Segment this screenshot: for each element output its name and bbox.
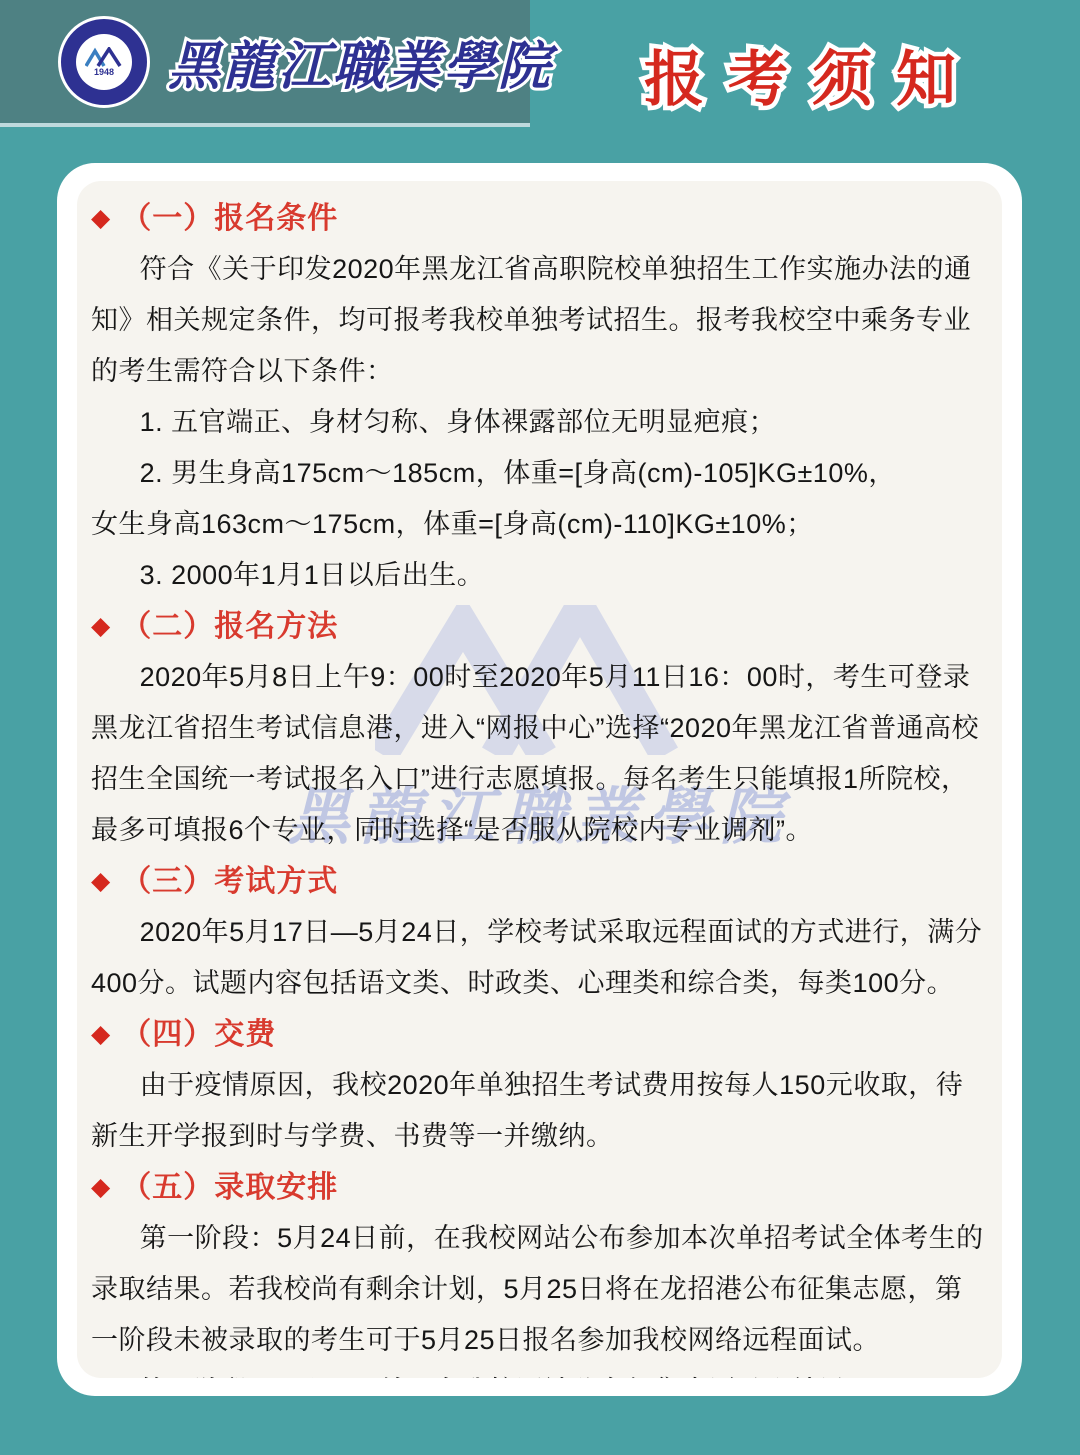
paragraph: 女生身高163cm～175cm，体重=[身高(cm)-110]KG±10%； bbox=[91, 499, 988, 550]
paragraph: 第一阶段：5月24日前，在我校网站公布参加本次单招考试全体考生的录取结果。若我校… bbox=[91, 1213, 988, 1366]
logo-year: 1948 bbox=[94, 68, 114, 77]
paragraph: 由于疫情原因，我校2020年单独招生考试费用按每人150元收取，待新生开学报到时… bbox=[91, 1060, 988, 1162]
section-title-label: （一）报名条件 bbox=[121, 193, 338, 244]
school-logo: 1948 bbox=[58, 16, 150, 108]
diamond-icon: ◆ bbox=[91, 193, 111, 244]
diamond-icon: ◆ bbox=[91, 601, 111, 652]
notice-card: 黑龍江職業學院 ◆ （一）报名条件 符合《关于印发2020年黑龙江省高职院校单独… bbox=[57, 163, 1022, 1396]
page-title: 报考须知 bbox=[644, 32, 980, 118]
section-heading-5: ◆ （五）录取安排 bbox=[91, 1162, 988, 1213]
section-heading-1: ◆ （一）报名条件 bbox=[91, 193, 988, 244]
school-name: 黑龍江職業學院 bbox=[168, 24, 553, 99]
section-heading-2: ◆ （二）报名方法 bbox=[91, 601, 988, 652]
section-title-label: （三）考试方式 bbox=[121, 856, 338, 907]
paragraph: 2020年5月8日上午9：00时至2020年5月11日16：00时，考生可登录黑… bbox=[91, 652, 988, 856]
school-logo-inner: 1948 bbox=[76, 34, 132, 90]
paragraph: 2020年5月17日—5月24日，学校考试采取远程面试的方式进行，满分400分。… bbox=[91, 907, 988, 1009]
diamond-icon: ◆ bbox=[91, 1162, 111, 1213]
section-heading-3: ◆ （三）考试方式 bbox=[91, 856, 988, 907]
notice-content: ◆ （一）报名条件 符合《关于印发2020年黑龙江省高职院校单独招生工作实施办法… bbox=[91, 193, 988, 1378]
paragraph: 符合《关于印发2020年黑龙江省高职院校单独招生工作实施办法的通知》相关规定条件… bbox=[91, 244, 988, 397]
diamond-icon: ◆ bbox=[91, 1009, 111, 1060]
section-title-label: （四）交费 bbox=[121, 1009, 276, 1060]
paragraph: 3. 2000年1月1日以后出生。 bbox=[91, 550, 988, 601]
paragraph: 第二阶段：5月29日前，在我校网站公布征集志愿录取结果。 bbox=[91, 1366, 988, 1378]
paragraph: 1. 五官端正、身材匀称、身体裸露部位无明显疤痕； bbox=[91, 397, 988, 448]
notice-card-inner: 黑龍江職業學院 ◆ （一）报名条件 符合《关于印发2020年黑龙江省高职院校单独… bbox=[77, 181, 1002, 1378]
section-title-label: （二）报名方法 bbox=[121, 601, 338, 652]
section-title-label: （五）录取安排 bbox=[121, 1162, 338, 1213]
header-band: 1948 黑龍江職業學院 bbox=[0, 0, 530, 127]
diamond-icon: ◆ bbox=[91, 856, 111, 907]
mountain-logo-icon bbox=[85, 47, 123, 67]
paragraph: 2. 男生身高175cm～185cm，体重=[身高(cm)-105]KG±10%… bbox=[91, 448, 988, 499]
section-heading-4: ◆ （四）交费 bbox=[91, 1009, 988, 1060]
